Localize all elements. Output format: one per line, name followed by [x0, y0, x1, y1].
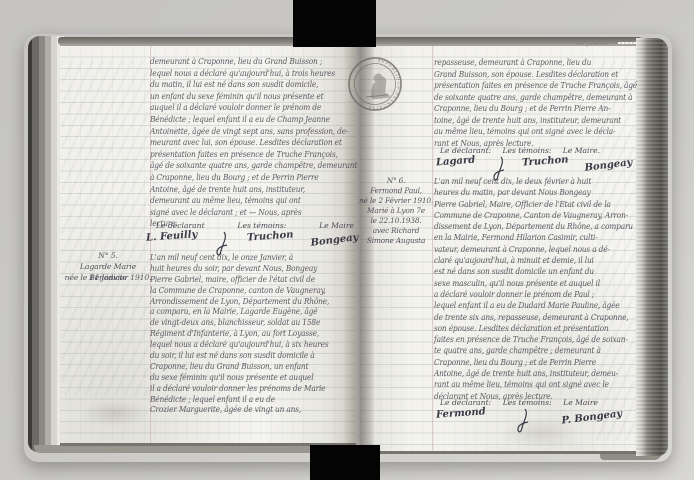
handwritten-line: Lagarde Marie Bénédicte [62, 261, 154, 272]
maire-label: Le Maire [319, 221, 354, 230]
handwritten-line: demeurant au même lieu, témoins qui ont [150, 195, 347, 207]
temoins-label: Les témoins: [237, 221, 286, 230]
handwritten-line: est né dans son susdit domicile un enfan… [434, 266, 622, 277]
declarant-signature: Lagard [436, 155, 476, 169]
handwritten-line: lequel nous a déclaré qu'aujourd'hui, à … [150, 340, 345, 351]
handwritten-line: un enfant du sexe féminin qu'il nous pré… [150, 91, 347, 103]
handwritten-line: a comparu, en la Mairie, Lagarde Eugène,… [150, 307, 345, 318]
handwritten-line: en la Mairie, Fermond Hilarion Casimir, … [434, 232, 622, 243]
handwritten-line: a déclaré vouloir donner le prénom de Pa… [434, 289, 622, 300]
handwritten-line: signé avec le déclarant ; et — Nous, apr… [150, 207, 347, 219]
page-block-right-edge [636, 38, 668, 456]
official-seal-stamp: · RÉPUBLIQUE FRANÇAISE · [344, 53, 406, 115]
handwritten-line: de soixante quatre ans, garde champêtre,… [434, 92, 622, 104]
handwritten-line: Antoinette, âgée de vingt sept ans, sans… [150, 126, 347, 138]
scanner-cutout-bottom [310, 445, 380, 480]
pencil-folio-note: 3e feuille [576, 39, 609, 47]
temoins-signature: Truchon [522, 154, 569, 168]
signature-flourish [214, 231, 230, 257]
handwritten-line: avec Richard [357, 226, 435, 236]
handwritten-line: Antoine, âgé de trente huit ans, institu… [434, 368, 622, 379]
handwritten-line: Pierre Gabriel, Maire, Officier de l'Éta… [434, 199, 622, 210]
declarant-label: Le déclarant [156, 221, 205, 230]
handwritten-line: au même lieu, témoins qui ont signé avec… [434, 126, 622, 138]
maire-label: Le Maire [563, 398, 598, 407]
handwritten-line: son épouse. Lesdites déclaration et prés… [434, 323, 622, 334]
handwritten-line: Commune de Craponne, Canton de Vaugneray… [434, 210, 622, 221]
handwritten-line: Grand Buisson, son épouse. Lesdites décl… [434, 69, 622, 81]
temoins-signature: Truchon [246, 229, 293, 243]
signatures-row: Fermond P. Bongeay [436, 408, 622, 434]
handwritten-line: lequel enfant il a eu de Dudard Marie Pa… [434, 300, 622, 311]
handwritten-line: dissement de Lyon, Département du Rhône,… [434, 221, 622, 232]
maire-signature: Bongeay [310, 232, 359, 249]
handwritten-line: présentation faites en présence de Truch… [150, 149, 347, 161]
handwritten-line: toine, âgé de trente huit ans, institute… [434, 115, 622, 127]
handwritten-line: Marié à Lyon 7e [357, 206, 435, 216]
record-6-body-text: L'an mil neuf cent dix, le deux février … [434, 176, 636, 402]
handwritten-line: née le 11 Janvier 1910. [62, 272, 154, 283]
maire-signature: Bongeay [584, 157, 633, 174]
handwritten-line: huit heures du soir, par devant Nous, Bo… [150, 264, 345, 275]
maire-label: Le Maire. [563, 146, 600, 155]
signature-flourish [491, 156, 507, 182]
book-bottom-edge-left [34, 445, 356, 453]
scanner-cutout-top [293, 0, 376, 47]
declarant-signature: L. Feuilly [146, 229, 198, 244]
handwritten-line: repasseuse, demeurant à Craponne, lieu d… [434, 57, 622, 69]
signature-labels-row: Le déclarant: Les témoins: Le Maire. [440, 146, 600, 155]
handwritten-line: le 22.10.1938. [357, 216, 435, 226]
maire-signature: P. Bongeay [561, 408, 623, 426]
record-4-continuation-text: demeurant à Craponne, lieu du Grand Buis… [150, 56, 362, 230]
record-6-margin-note: N° 6.Fermond Paul,né le 2 Février 1910.M… [357, 176, 435, 246]
right-page-margin-rule [432, 46, 433, 451]
signature-flourish [515, 408, 531, 434]
record-5-continuation-text: repasseuse, demeurant à Craponne, lieu d… [434, 57, 636, 149]
temoins-label: Les témoins: [503, 398, 552, 407]
handwritten-line: Régiment d'Infanterie, à Lyon, au fort L… [150, 329, 345, 340]
handwritten-line: auquel il a déclaré vouloir donner le pr… [150, 102, 347, 114]
handwritten-line: N° 5. [62, 250, 154, 261]
handwritten-line: Pierre Gabriel, maire, officier de l'éta… [150, 275, 345, 286]
handwritten-line: Craponne, lieu du Bourg ; et de Perrin P… [434, 357, 622, 368]
handwritten-line: âgé de soixante quatre ans, garde champê… [150, 160, 347, 172]
handwritten-line: de trente six ans, repasseuse, demeurant… [434, 312, 622, 323]
book-cover-left-edge [28, 36, 64, 452]
handwritten-line: né le 2 Février 1910. [357, 196, 435, 206]
handwritten-line: Crozier Marguerite, âgée de vingt un ans… [150, 405, 345, 416]
handwritten-line: te quatre ans, garde champêtre ; demeura… [434, 345, 622, 356]
handwritten-line: Fermond Paul, [357, 186, 435, 196]
handwritten-line: lequel nous a déclaré qu'aujourd'hui, à … [150, 68, 347, 80]
handwritten-line: heures du matin, par devant Nous Bongeay [434, 187, 622, 198]
handwritten-line: Antoine, âgé de trente huit ans, institu… [150, 184, 347, 196]
signature-labels-row: Le déclarant Les témoins: Le Maire [156, 221, 354, 230]
signatures-row: L. Feuilly Truchon Bongeay [146, 231, 358, 257]
handwritten-line: Bénédicte ; lequel enfant il a eu de [150, 395, 345, 406]
handwritten-line: sexe masculin, qu'il nous présente et au… [434, 278, 622, 289]
handwritten-line: claré qu'aujourd'hui, à minuit et demie,… [434, 255, 622, 266]
handwritten-line: la Commune de Craponne, canton de Vaugne… [150, 286, 345, 297]
handwritten-line: Arrondissement de Lyon, Département du R… [150, 297, 345, 308]
handwritten-line: Bénédicte ; lequel enfant il a eu de Cha… [150, 114, 347, 126]
handwritten-line: Craponne, lieu du Bourg ; et de Perrin P… [434, 103, 622, 115]
handwritten-line: de vingt-deux ans, blanchisseur, soldat … [150, 318, 345, 329]
scanned-register-page: demeurant à Craponne, lieu du Grand Buis… [0, 0, 694, 480]
signature-labels-row: Le déclarant: Les témoins: Le Maire [440, 398, 598, 407]
handwritten-line: du soir, il lui est né dans son susdit d… [150, 351, 345, 362]
record-5-body-text: L'an mil neuf cent dix, le onze Janvier,… [150, 253, 360, 416]
declarant-signature: Fermond [436, 406, 486, 420]
handwritten-line: rant au même lieu, témoins qui ont signé… [434, 379, 622, 390]
record-5-margin-note: N° 5.Lagarde Marie Bénédictenée le 11 Ja… [62, 250, 154, 284]
ink-bleed-through [62, 60, 148, 396]
temoins-label: Les témoins: [503, 146, 552, 155]
handwritten-line: demeurant à Craponne, lieu du Grand Buis… [150, 56, 347, 68]
handwritten-line: du matin, il lui est né dans son susdit … [150, 79, 347, 91]
handwritten-line: il a déclaré vouloir donner les prénoms … [150, 384, 345, 395]
handwritten-line: à Craponne, lieu du Bourg ; et de Perrin… [150, 172, 347, 184]
handwritten-line: meurant avec lui, son épouse. Lesdites d… [150, 137, 347, 149]
handwritten-line: faites en présence de Truche François, â… [434, 334, 622, 345]
handwritten-line: présentation faites en présence de Truch… [434, 80, 622, 92]
handwritten-line: vateur, demeurant à Craponne, lequel nou… [434, 244, 622, 255]
signatures-row: Lagard Truchon Bongeay [436, 156, 632, 182]
handwritten-line: Simone Augusta [357, 236, 435, 246]
handwritten-line: Craponne, lieu du Grand Buisson, un enfa… [150, 362, 345, 373]
declarant-label: Le déclarant: [440, 146, 491, 155]
handwritten-line: du sexe féminin qu'il nous présente et a… [150, 373, 345, 384]
handwritten-line: N° 6. [357, 176, 435, 186]
